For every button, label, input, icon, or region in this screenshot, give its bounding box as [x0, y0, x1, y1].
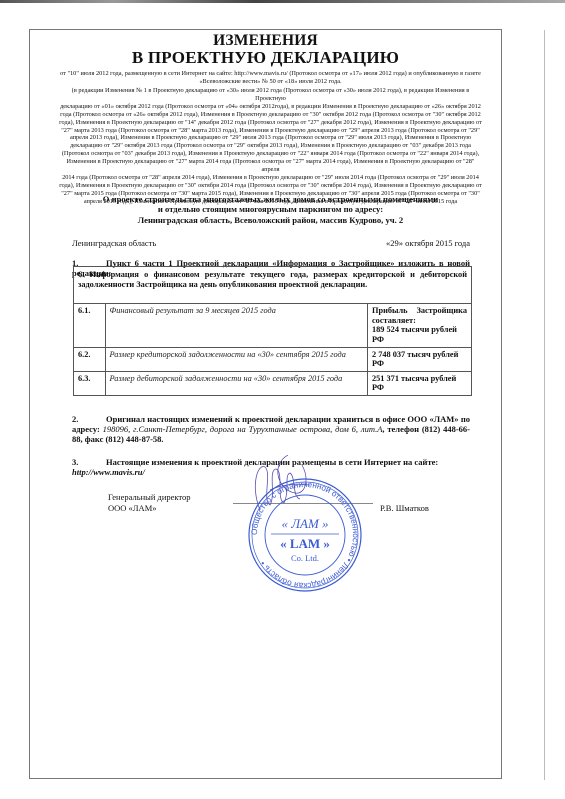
editions-line: "27" марта 2013 года (Протокол осмотра о…: [58, 127, 483, 135]
value-line: 189 524 тысячи рублей РФ: [372, 325, 467, 344]
website-link[interactable]: http://www.mavis.ru/: [72, 467, 145, 477]
intro-text: от "10" июля 2012 года, размещенную в се…: [58, 70, 483, 86]
row-value: Прибыль Застройщика составляет: 189 524 …: [368, 304, 472, 347]
row-label: Размер кредиторской задолженности на «30…: [105, 347, 367, 371]
row-value: 251 371 тысяча рублей РФ: [368, 371, 472, 395]
table-header: 6. Информация о финансовом результате те…: [74, 267, 472, 304]
office-address: 198096, г.Санкт-Петербург, дорога на Тур…: [103, 424, 383, 434]
row-number: 6.1.: [74, 304, 106, 347]
table-header-row: 6. Информация о финансовом результате те…: [74, 267, 472, 304]
row-value: 2 748 037 тысяч рублей РФ: [368, 347, 472, 371]
signatory-name: Р.В. Шматков: [380, 503, 429, 514]
stamp-name-ru: « ЛАМ »: [281, 516, 328, 531]
row-number: 6.3.: [74, 371, 106, 395]
stamp-suffix: Co. Ltd.: [291, 553, 319, 563]
item-2: 2.Оригинал настоящих изменений к проектн…: [72, 414, 470, 445]
editions-line: Изменения в Проектную декларацию от "27"…: [58, 158, 483, 174]
project-subject: О проекте строительства многоэтажных жил…: [58, 194, 483, 225]
table-row: 6.3. Размер дебиторской задолженности на…: [74, 371, 472, 395]
editions-line: года (Протокол осмотра от «26» октября 2…: [58, 111, 483, 119]
signatory-company: ООО «ЛАМ»: [108, 503, 191, 514]
value-line: Прибыль Застройщика составляет:: [372, 306, 467, 325]
svg-text:Общество с ограниченной ответс: Общество с ограниченной ответственностью…: [250, 480, 360, 590]
row-number: 6.2.: [74, 347, 106, 371]
place-date-row: Ленинградская область «29» октября 2015 …: [72, 238, 470, 248]
editions-line: декларацию от "29" октября 2013 года (Пр…: [58, 142, 483, 150]
intro-line: от "10" июля 2012 года, размещенную в се…: [58, 70, 483, 78]
place: Ленинградская область: [72, 238, 156, 248]
editions-line: года), Изменения в Проектную декларацию …: [58, 182, 483, 190]
scan-artifact-right: [544, 30, 545, 780]
editions-line: апреля 2013 года), Изменения в Проектную…: [58, 134, 483, 142]
editions-line: года), Изменения в Проектную декларацию …: [58, 119, 483, 127]
stamp-name-en: « LAM »: [280, 536, 330, 551]
editions-line: 2014 года (Протокол осмотра от "28" апре…: [58, 174, 483, 182]
item-number: 3.: [72, 457, 106, 467]
company-stamp-icon: Общество с ограниченной ответственностью…: [243, 468, 367, 598]
editions-line: декларацию от «01» октября 2012 года (Пр…: [58, 103, 483, 111]
signatory-block: Генеральный директор ООО «ЛАМ»: [108, 492, 191, 513]
document-subtitle: В ПРОЕКТНУЮ ДЕКЛАРАЦИЮ: [29, 48, 502, 68]
row-label: Размер дебиторской задолженности на «30»…: [105, 371, 367, 395]
subject-address: Ленинградская область, Всеволожский райо…: [58, 215, 483, 225]
subject-line: О проекте строительства многоэтажных жил…: [58, 194, 483, 204]
document-date: «29» октября 2015 года: [386, 238, 470, 248]
table-row: 6.1. Финансовый результат за 9 месяцев 2…: [74, 304, 472, 347]
table-row: 6.2. Размер кредиторской задолженности н…: [74, 347, 472, 371]
item-number: 2.: [72, 414, 106, 424]
subject-line: и отдельно стоящим многоярусным паркинго…: [58, 204, 483, 214]
stamp-ring-text: Общество с ограниченной ответственностью…: [250, 480, 360, 590]
editions-line: (в редакции Изменения № 1 в Проектную де…: [58, 87, 483, 103]
editions-text: (в редакции Изменения № 1 в Проектную де…: [58, 87, 483, 206]
signatory-position: Генеральный директор: [108, 492, 191, 503]
editions-line: (Протокол осмотра от "03" декабря 2013 г…: [58, 150, 483, 158]
intro-line: «Всеволожские вести» № 50 от «18» июля 2…: [58, 78, 483, 86]
row-label: Финансовый результат за 9 месяцев 2015 г…: [105, 304, 367, 347]
scan-artifact-top: [0, 0, 565, 3]
financial-table: 6. Информация о финансовом результате те…: [73, 266, 472, 396]
